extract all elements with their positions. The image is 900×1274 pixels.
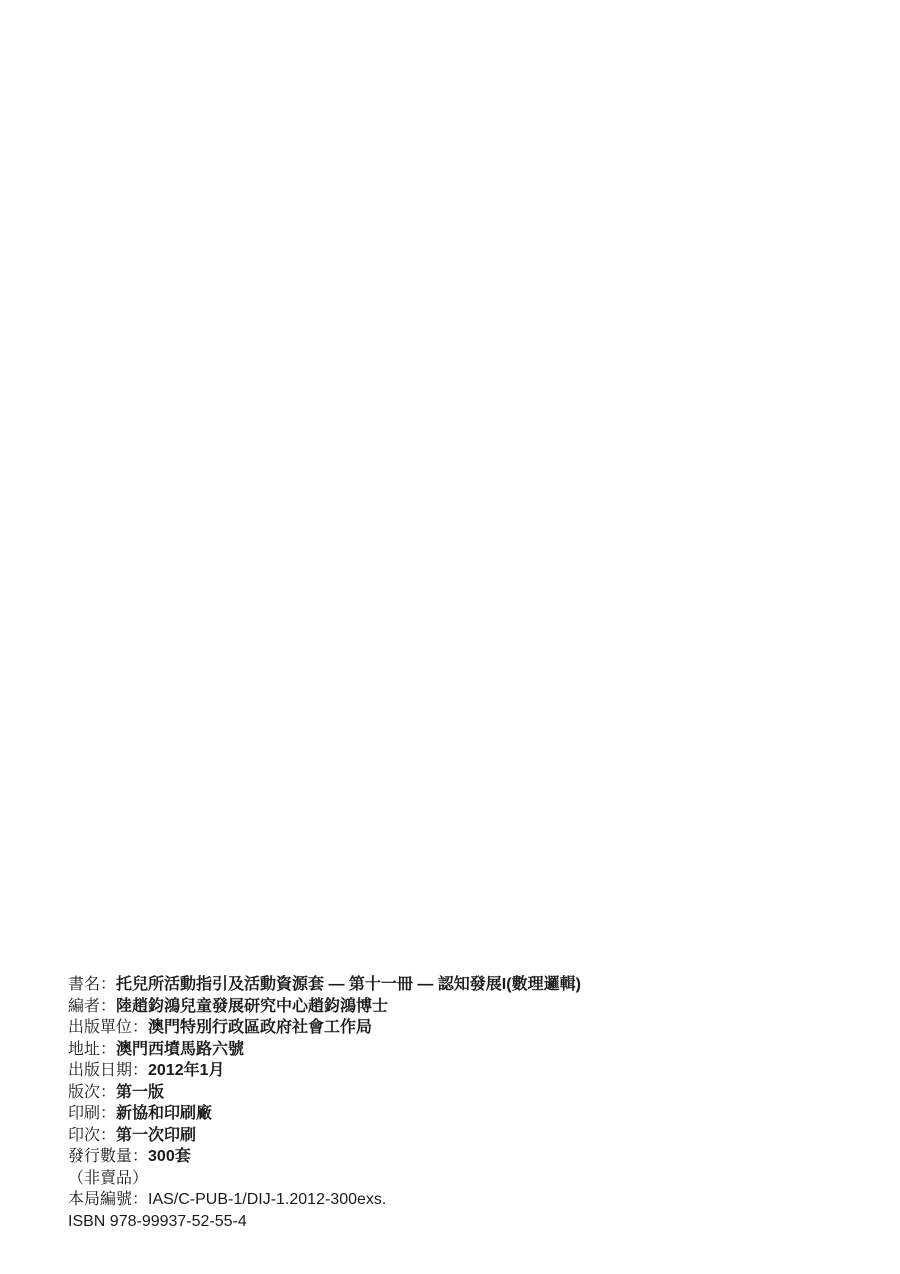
field-label: 發行數量： — [68, 1148, 148, 1165]
field-value: IAS/C-PUB-1/DIJ-1.2012-300exs. — [148, 1191, 386, 1208]
colophon-line-isbn: ISBN 978-99937-52-55-4 — [68, 1211, 581, 1233]
field-value: 托兒所活動指引及活動資源套 — 第十一冊 — 認知發展I(數理邏輯) — [116, 976, 581, 993]
field-value: 第一版 — [116, 1084, 164, 1101]
scanned-page: 書名：托兒所活動指引及活動資源套 — 第十一冊 — 認知發展I(數理邏輯) 編者… — [0, 0, 900, 1274]
field-value: 新協和印刷廠 — [116, 1105, 212, 1122]
field-value: 澳門西墳馬路六號 — [116, 1041, 244, 1058]
field-label: 印刷： — [68, 1105, 116, 1122]
field-value: 陸趙鈞鴻兒童發展研究中心趙鈞鴻博士 — [116, 998, 388, 1015]
field-label: 本局編號： — [68, 1191, 148, 1208]
field-value: 第一次印刷 — [116, 1127, 196, 1144]
field-value: 2012年1月 — [148, 1062, 225, 1079]
field-value: 300套 — [148, 1148, 191, 1165]
colophon-line-printing: 印次：第一次印刷 — [68, 1125, 581, 1147]
colophon-line-edition: 版次：第一版 — [68, 1082, 581, 1104]
field-label: 出版日期： — [68, 1062, 148, 1079]
field-label: 印次： — [68, 1127, 116, 1144]
colophon-line-printer: 印刷：新協和印刷廠 — [68, 1103, 581, 1125]
colophon-line-bureau-number: 本局編號：IAS/C-PUB-1/DIJ-1.2012-300exs. — [68, 1189, 581, 1211]
field-label: 版次： — [68, 1084, 116, 1101]
field-label: 出版單位： — [68, 1019, 148, 1036]
colophon-line-circulation: 發行數量：300套 — [68, 1146, 581, 1168]
colophon-line-publish-date: 出版日期：2012年1月 — [68, 1060, 581, 1082]
field-label: 地址： — [68, 1041, 116, 1058]
field-label: 編者： — [68, 998, 116, 1015]
colophon-line-publisher: 出版單位：澳門特別行政區政府社會工作局 — [68, 1017, 581, 1039]
colophon-line-address: 地址：澳門西墳馬路六號 — [68, 1039, 581, 1061]
colophon-block: 書名：托兒所活動指引及活動資源套 — 第十一冊 — 認知發展I(數理邏輯) 編者… — [68, 974, 581, 1232]
field-value: 澳門特別行政區政府社會工作局 — [148, 1019, 372, 1036]
not-for-sale-text: （非賣品） — [68, 1170, 148, 1187]
field-label: 書名： — [68, 976, 116, 993]
colophon-line-editor: 編者：陸趙鈞鴻兒童發展研究中心趙鈞鴻博士 — [68, 996, 581, 1018]
colophon-line-not-for-sale: （非賣品） — [68, 1168, 581, 1190]
isbn-text: ISBN 978-99937-52-55-4 — [68, 1213, 247, 1230]
colophon-line-book-title: 書名：托兒所活動指引及活動資源套 — 第十一冊 — 認知發展I(數理邏輯) — [68, 974, 581, 996]
